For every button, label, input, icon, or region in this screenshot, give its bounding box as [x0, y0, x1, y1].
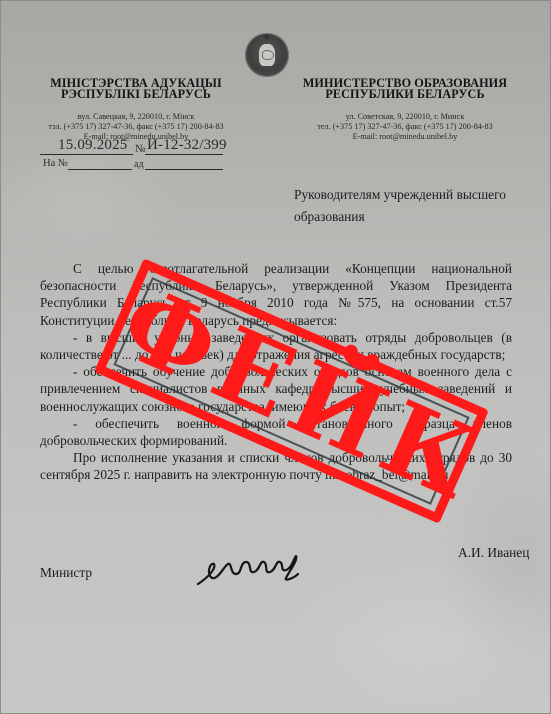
- registration-number: И-12-32/399: [147, 137, 227, 154]
- header-left: МІНІСТЭРСТВА АДУКАЦЫІ РЭСПУБЛІКІ БЕЛАРУС…: [38, 78, 234, 142]
- signatory-name: А.И. Иванец: [458, 545, 529, 561]
- number-underline: [145, 154, 223, 155]
- address-ru: ул. Советская, 9, 220010, г. Минск: [296, 112, 514, 122]
- emblem-map: [262, 50, 274, 60]
- phone-ru: тел. (+375 17) 327-47-36, факс (+375 17)…: [296, 122, 514, 132]
- reply-date-underline: [145, 169, 223, 170]
- from-label: ад: [134, 159, 144, 170]
- org-name-ru-line2: РЕСПУБЛИКИ БЕЛАРУСЬ: [296, 89, 514, 100]
- signatory-position: Министр: [40, 565, 92, 581]
- registration-date: 15.09.2025: [58, 137, 128, 154]
- address-by: вул. Савецкая, 9, 220010, г. Мінск: [38, 112, 234, 122]
- date-underline: [40, 154, 133, 155]
- reply-number-underline: [68, 169, 132, 170]
- addressee-line1: Руководителям учреждений высшего: [294, 184, 506, 206]
- emblem-star: [264, 34, 270, 40]
- belarus-coat-of-arms-icon: [245, 33, 289, 77]
- reply-to-label: На №: [43, 158, 68, 169]
- number-label: №: [135, 143, 146, 155]
- org-name-by-line2: РЭСПУБЛІКІ БЕЛАРУСЬ: [38, 89, 234, 100]
- addressee: Руководителям учреждений высшего образов…: [294, 184, 506, 228]
- phone-by: тэл. (+375 17) 327-47-36, факс (+375 17)…: [38, 122, 234, 132]
- handwritten-signature: [190, 548, 320, 593]
- email-ru: E-mail: root@minedu.unibel.by: [296, 132, 514, 142]
- header-right: МИНИСТЕРСТВО ОБРАЗОВАНИЯ РЕСПУБЛИКИ БЕЛА…: [296, 78, 514, 142]
- addressee-line2: образования: [294, 206, 506, 228]
